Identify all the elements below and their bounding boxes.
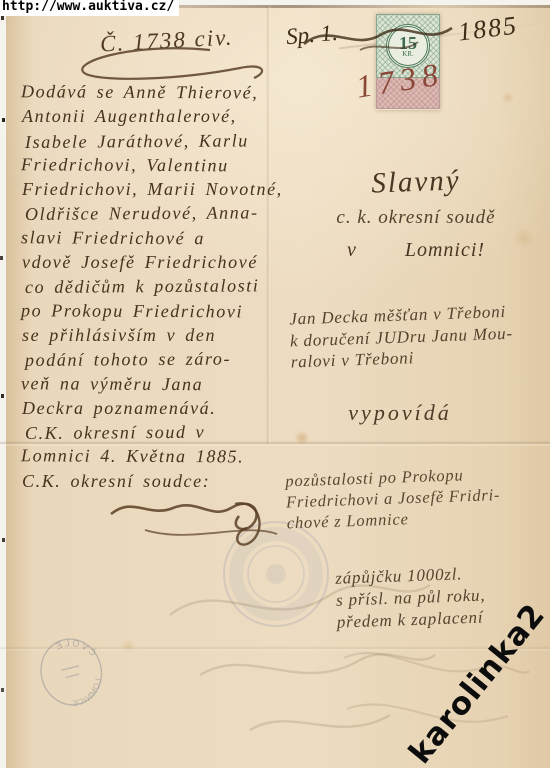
handwritten-line: veň na výměru Jana <box>21 371 303 397</box>
estate-text-block: pozůstalosti po ProkopuFriedrichovi a Jo… <box>285 462 543 534</box>
handwritten-line: vdově Josefě Friedrichové <box>22 250 304 274</box>
handwritten-line: Antonii Augenthalerové, <box>22 104 304 128</box>
salutation-line-2: c. k. okresní soudě <box>298 207 534 229</box>
party-text-block: Jan Decka měšťan v Třebonik doručení JUD… <box>289 300 547 373</box>
handwritten-line: po Prokopu Friedrichovi <box>21 298 303 324</box>
document-scan: http://www.auktiva.cz/ Č. 1738 civ. Sp. … <box>0 0 550 768</box>
handwritten-line: Lomnici 4. Května 1885. <box>21 444 303 470</box>
salutation-block: Slavný c. k. okresní soudě v Lomnici! <box>298 166 534 262</box>
signature-flourish <box>105 478 285 550</box>
left-text-block: Dodává se Anně Thierové,Antonii Augentha… <box>22 80 304 493</box>
handwritten-line: podání tohoto se záro- <box>25 346 307 372</box>
salutation-line-1: Slavný <box>297 162 534 203</box>
handwritten-line: C.K. okresní soud v <box>25 419 307 445</box>
handwritten-line: Deckra poznamenává. <box>22 396 304 420</box>
svg-text:ČVOLE: ČVOLE <box>52 631 100 666</box>
handwritten-line: se přihlásivším v den <box>22 323 304 347</box>
handwritten-line: Friedrichovi, Marii Novotné, <box>22 177 304 201</box>
handwritten-line: co dědičům k pozůstalosti <box>25 273 307 299</box>
handwritten-line: Friedrichovi, Valentinu <box>21 152 303 178</box>
handwritten-line: slavi Friedrichové a <box>21 225 303 251</box>
auction-site-watermark: http://www.auktiva.cz/ <box>0 0 179 16</box>
ink-scrawl <box>300 16 470 61</box>
salutation-line-3: v Lomnici! <box>298 239 534 262</box>
postmark-top-text: ČVOLE <box>52 631 100 666</box>
handwritten-line: Isabele Jaráthové, Karlu <box>25 128 307 154</box>
handwritten-line: Oldřišce Nerudové, Anna- <box>25 201 307 227</box>
declaration-word: vypovídá <box>300 400 500 426</box>
handwritten-line: Dodává se Anně Thierové, <box>21 79 303 105</box>
